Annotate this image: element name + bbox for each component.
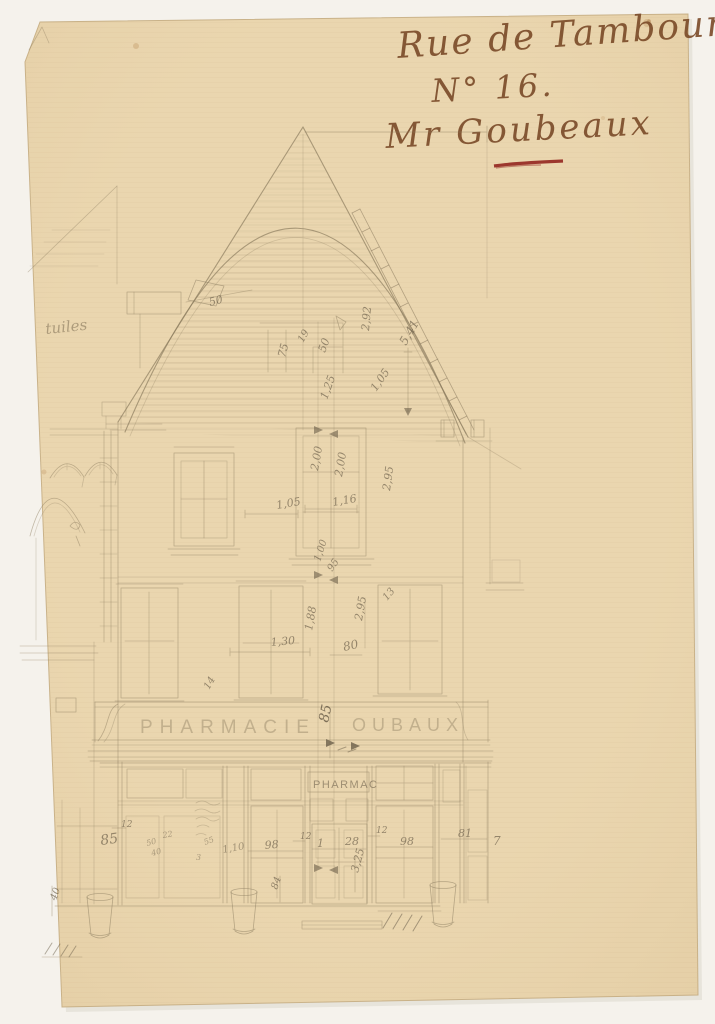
dimension-label: 98 xyxy=(400,835,414,848)
dimension-label: 28 xyxy=(344,835,359,848)
dimension-label: 12 xyxy=(121,820,133,830)
dimension-label: 85 xyxy=(99,831,119,849)
door-sign: PHARMAC xyxy=(313,779,379,791)
dimension-label: 2,92 xyxy=(359,306,374,333)
dimension-label: 1 xyxy=(317,837,324,850)
fascia-sign-right: OUBAUX xyxy=(352,715,464,735)
architectural-sketch-scan: Rue de Tambour N° 16. Mr Goubeaux tuiles xyxy=(0,0,715,1024)
inscription-number: N° 16. xyxy=(429,66,555,110)
dimension-label: 12 xyxy=(376,826,388,836)
scan-stage: Rue de Tambour N° 16. Mr Goubeaux tuiles xyxy=(0,0,715,1024)
dimension-label: 12 xyxy=(300,832,312,842)
dimension-label: 98 xyxy=(264,838,279,852)
dimension-label: 7 xyxy=(493,834,501,848)
fascia-sign-left: PHARMACIE xyxy=(140,717,316,738)
dimension-label: 81 xyxy=(458,827,472,840)
dimension-label: 22 xyxy=(161,829,174,840)
dimension-label: 1,30 xyxy=(270,634,296,649)
dimension-label: 3 xyxy=(196,853,201,862)
